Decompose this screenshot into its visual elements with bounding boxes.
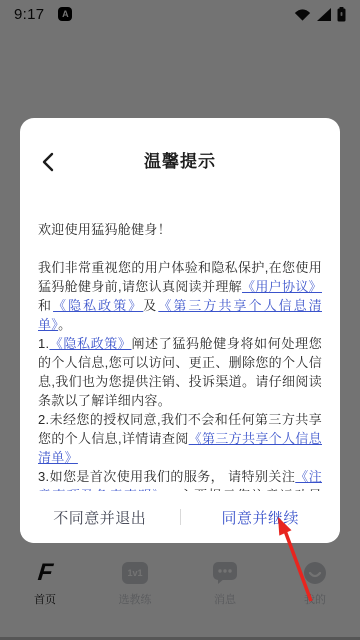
link-privacy-policy[interactable]: 《隐私政策》 xyxy=(53,298,143,313)
welcome-paragraph: 欢迎使用猛犸舱健身！ xyxy=(38,220,322,239)
decline-and-exit-button[interactable]: 不同意并退出 xyxy=(20,507,180,528)
link-user-agreement[interactable]: 《用户协议》 xyxy=(242,279,322,294)
clause-1-paragraph: 1.《隐私政策》阐述了猛犸舱健身将如何处理您的个人信息,您可以访问、更正、删除您… xyxy=(38,334,322,410)
welcome-text: 欢迎使用猛犸舱健身！ xyxy=(38,222,171,237)
dialog-title: 温馨提示 xyxy=(144,147,216,172)
link-privacy-policy[interactable]: 《隐私政策》 xyxy=(49,336,131,351)
clause-number: 1. xyxy=(38,336,49,351)
period-text: 。 xyxy=(58,317,71,332)
intro-paragraph: 我们非常重视您的用户体验和隐私保护,在您使用猛犸舱健身前,请您认真阅读并理解《用… xyxy=(38,258,322,334)
dialog-body-text: 欢迎使用猛犸舱健身！ 我们非常重视您的用户体验和隐私保护,在您使用猛犸舱健身前,… xyxy=(20,220,340,492)
back-button[interactable] xyxy=(36,150,60,174)
dialog-actions: 不同意并退出 同意并继续 xyxy=(20,491,340,543)
chevron-left-icon xyxy=(42,152,54,172)
privacy-consent-dialog: 温馨提示 欢迎使用猛犸舱健身！ 我们非常重视您的用户体验和隐私保护,在您使用猛犸… xyxy=(20,118,340,543)
clause-3-text: 3.如您是首次使用我们的服务， 请特别关注 xyxy=(38,469,295,484)
clause-2-paragraph: 2.未经您的授权同意,我们不会和任何第三方共享您的个人信息,详情请查阅《第三方共… xyxy=(38,410,322,467)
clause-3-paragraph: 3.如您是首次使用我们的服务， 请特别关注《注意事项及免责声明》， 主要提示您注… xyxy=(38,467,322,492)
agree-and-continue-button[interactable]: 同意并继续 xyxy=(181,507,341,528)
conjunction-text: 和 xyxy=(38,298,53,313)
dialog-header: 温馨提示 xyxy=(20,118,340,180)
conjunction-text: 及 xyxy=(143,298,158,313)
